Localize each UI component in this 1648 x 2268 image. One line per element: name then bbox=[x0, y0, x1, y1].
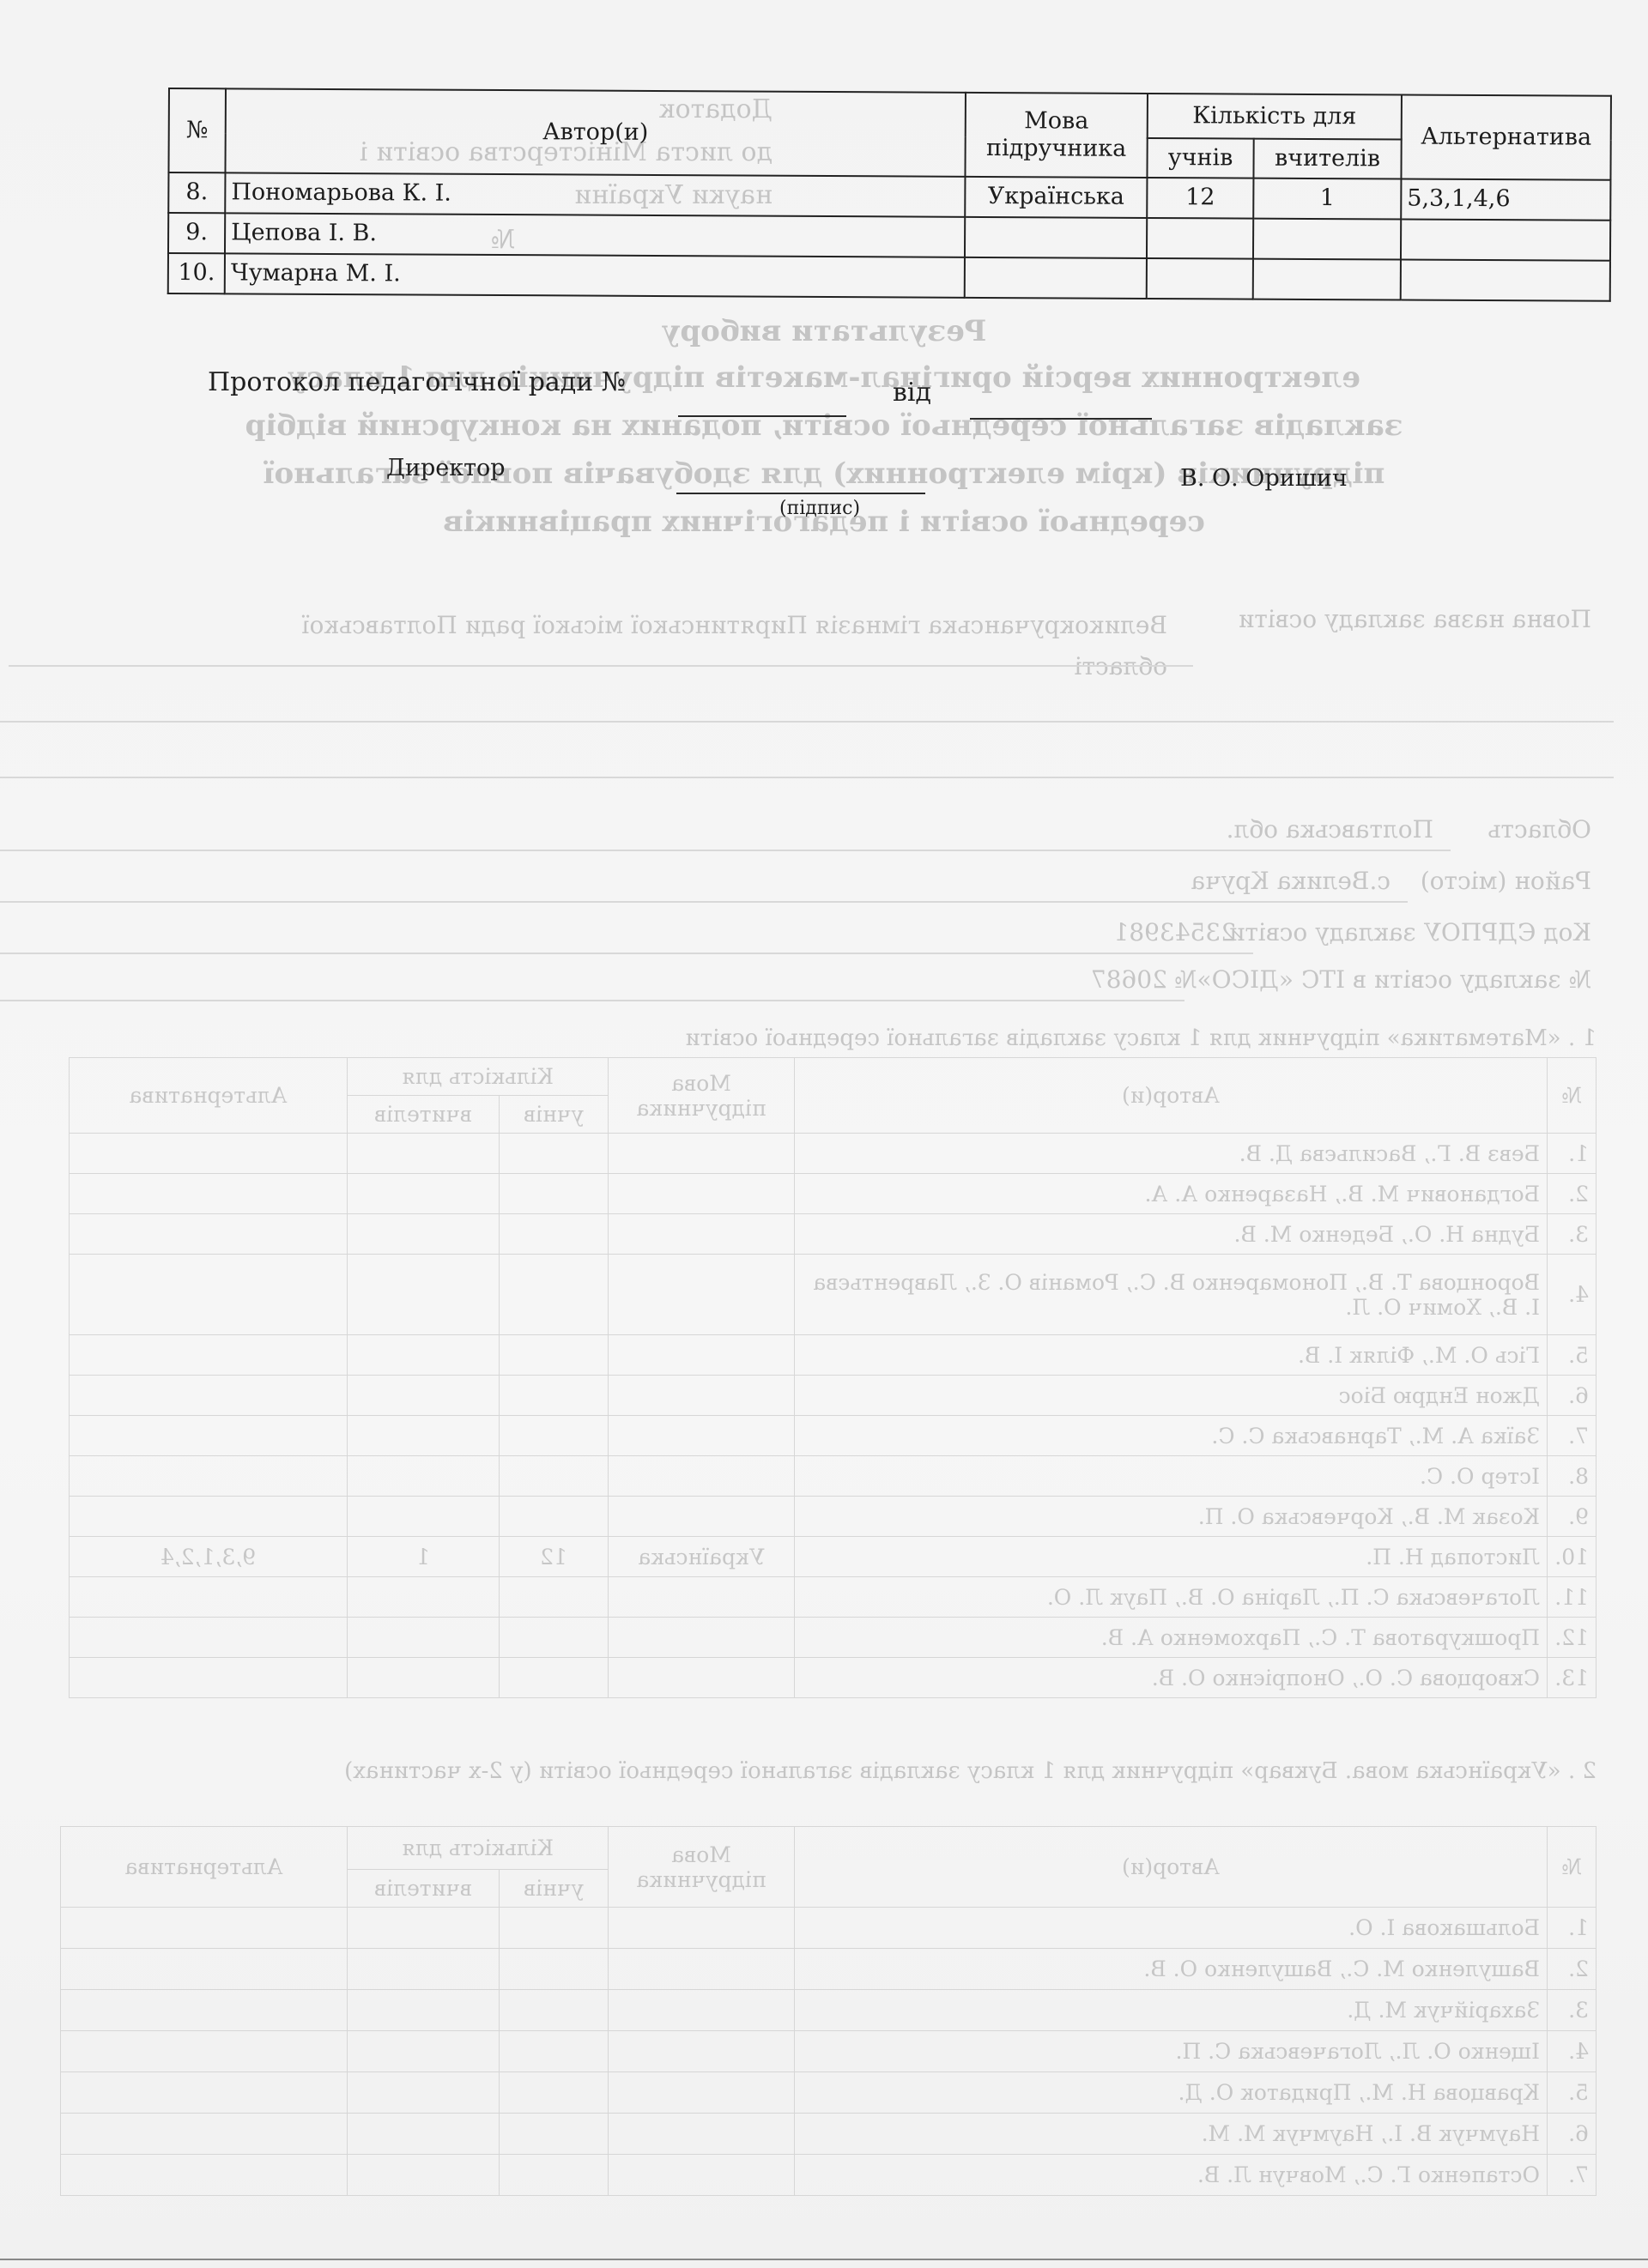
ghost-table-row: 12.Прошкуратова Т. С., Пархоменко А. В. bbox=[70, 1618, 1596, 1658]
ghost-cell-num: 6. bbox=[1548, 2114, 1596, 2155]
ghost-cell-num: 7. bbox=[1548, 2155, 1596, 2196]
ghost-cell-pupils bbox=[500, 1376, 609, 1416]
ghost-cell-pupils bbox=[500, 1214, 609, 1255]
ghost-title: Результати вибору bbox=[34, 314, 1614, 348]
ghost-table-row: 3.Захарійчук М. Д. bbox=[61, 1990, 1596, 2031]
ghost-cell-teachers bbox=[348, 1456, 500, 1497]
ghost-cell-num: 6. bbox=[1548, 1376, 1596, 1416]
ghost-cell-alternative bbox=[70, 1335, 348, 1376]
ghost-cell-alternative bbox=[70, 1376, 348, 1416]
ghost-cell-teachers bbox=[348, 1376, 500, 1416]
ghost-cell-author: Остапенко Г. С., Мовчун Л. В. bbox=[795, 2155, 1548, 2196]
ghost-cell-alternative bbox=[70, 1134, 348, 1174]
ghost-cell-alternative bbox=[61, 1990, 348, 2031]
ghost-cell-alternative bbox=[61, 1949, 348, 1990]
header-num: № bbox=[168, 88, 226, 172]
ghost-field-5-label: № закладу освіти в ІТС «ДІСО»№ bbox=[1174, 965, 1591, 994]
ghost-cell-alternative bbox=[61, 2072, 348, 2114]
ghost-table-row: 5.Кравцова Н. М., Придаток О. Д. bbox=[61, 2072, 1596, 2114]
director-label: Директор bbox=[386, 455, 506, 481]
row-teachers bbox=[1253, 219, 1401, 260]
ghost-field-4-label: Код ЄДРПОУ закладу освіти bbox=[1229, 918, 1591, 947]
ghost-cell-language bbox=[609, 1214, 795, 1255]
ghost-cell-language bbox=[609, 1456, 795, 1497]
ghost-cell-author: Істер О. С. bbox=[795, 1456, 1548, 1497]
ghost-cell-language bbox=[609, 2114, 795, 2155]
ghost-cell-language bbox=[609, 1497, 795, 1537]
ghost-cell-language bbox=[609, 2155, 795, 2196]
page-bottom-edge bbox=[0, 2259, 1648, 2260]
row-author: Пономарьова К. І. bbox=[225, 172, 965, 217]
ghost-cell-alternative bbox=[70, 1255, 348, 1335]
ghost-cell-language bbox=[609, 1949, 795, 1990]
ghost-cell-language: Українська bbox=[609, 1537, 795, 1577]
ghost-cell-author: Вашуленко М. С., Вашуленко О. В. bbox=[795, 1949, 1548, 1990]
ghost-cell-teachers: 1 bbox=[348, 1537, 500, 1577]
ghost-table-row: 7.Остапенко Г. С., Мовчун Л. В. bbox=[61, 2155, 1596, 2196]
ghost-cell-teachers bbox=[348, 2031, 500, 2072]
ghost-table-row: 11.Логачевська С. П., Ларіна О. В., Паук… bbox=[70, 1577, 1596, 1618]
ghost-cell-num: 3. bbox=[1548, 1990, 1596, 2031]
ghost-field-1-value: Великокручанська гімназія Пирятинської м… bbox=[275, 605, 1167, 687]
ghost-cell-num: 8. bbox=[1548, 1456, 1596, 1497]
ghost-cell-teachers bbox=[348, 1658, 500, 1698]
ghost-cell-teachers bbox=[348, 1908, 500, 1949]
ghost-cell-language bbox=[609, 1908, 795, 1949]
ghost-cell-pupils bbox=[500, 1174, 609, 1214]
ghost-cell-teachers bbox=[348, 1335, 500, 1376]
ghost-subtitle-3: підручників (крім електронних) для здобу… bbox=[34, 457, 1614, 491]
ghost-field-3-label: Район (місто) bbox=[1421, 867, 1591, 895]
document-page: Додаток до листа Міністерства освіти і н… bbox=[0, 0, 1648, 2268]
ghost-cell-alternative bbox=[61, 2031, 348, 2072]
ghost-table-row: 4.Воронцова Т. В., Пономаренко В. С., Ро… bbox=[70, 1255, 1596, 1335]
ghost-cell-author: Скворцова С. О., Онопрієнко О. В. bbox=[795, 1658, 1548, 1698]
row-author: Цепова І. В. bbox=[225, 213, 965, 257]
ghost-cell-author: Бевз В. Г., Васильєва Д. В. bbox=[795, 1134, 1548, 1174]
ghost-cell-teachers bbox=[348, 1949, 500, 1990]
ghost-cell-author: Джон Ендрю Біос bbox=[795, 1376, 1548, 1416]
header-teachers: вчителів bbox=[1253, 139, 1401, 179]
ghost-table-row: 6.Джон Ендрю Біос bbox=[70, 1376, 1596, 1416]
bleed-through-layer: Додаток до листа Міністерства освіти і н… bbox=[0, 0, 1648, 2268]
ghost-cell-teachers bbox=[348, 1255, 500, 1335]
ghost-cell-pupils bbox=[500, 1416, 609, 1456]
ghost-cell-teachers bbox=[348, 1577, 500, 1618]
protocol-label: Протокол педагогічної ради № bbox=[208, 367, 626, 397]
row-teachers: 1 bbox=[1253, 178, 1401, 220]
header-pupils: учнів bbox=[1147, 138, 1253, 178]
row-num: 10. bbox=[168, 253, 225, 293]
ghost-subtitle-2: закладів загальної середньої освіти, под… bbox=[34, 408, 1614, 443]
table-row: 10. Чумарна М. І. bbox=[168, 253, 1610, 301]
ghost-cell-language bbox=[609, 1376, 795, 1416]
ghost-cell-alternative bbox=[70, 1618, 348, 1658]
ghost-cell-num: 4. bbox=[1548, 1255, 1596, 1335]
ghost-cell-num: 5. bbox=[1548, 2072, 1596, 2114]
ghost-cell-alternative bbox=[61, 2155, 348, 2196]
ghost-cell-pupils bbox=[500, 1456, 609, 1497]
ghost-cell-alternative bbox=[61, 1908, 348, 1949]
ghost-cell-pupils bbox=[500, 1618, 609, 1658]
ghost-cell-pupils bbox=[500, 1949, 609, 1990]
ghost-table-row: 6.Наумчук В. І., Наумчук М. М. bbox=[61, 2114, 1596, 2155]
row-num: 9. bbox=[168, 213, 225, 253]
ghost-cell-teachers bbox=[348, 1618, 500, 1658]
ghost-section2-title: 2 . «Українська мова. Буквар» підручник … bbox=[51, 1751, 1596, 1792]
ghost-cell-pupils bbox=[500, 1658, 609, 1698]
ghost-cell-author: Заїка А. М., Тарнавська С. С. bbox=[795, 1416, 1548, 1456]
ghost-cell-num: 7. bbox=[1548, 1416, 1596, 1456]
ghost-cell-teachers bbox=[348, 1416, 500, 1456]
ghost-cell-language bbox=[609, 1335, 795, 1376]
ghost-cell-pupils bbox=[500, 2114, 609, 2155]
row-pupils bbox=[1147, 258, 1253, 299]
director-name: В. О. Оришич bbox=[1180, 465, 1348, 492]
ghost-cell-language bbox=[609, 1174, 795, 1214]
ghost-cell-author: Іщенко О. Л., Логачевська С. П. bbox=[795, 2031, 1548, 2072]
protocol-number-line bbox=[678, 415, 846, 417]
ghost-field-3-value: с.Велика Круча bbox=[1191, 867, 1390, 895]
ghost-cell-author: Воронцова Т. В., Пономаренко В. С., Рома… bbox=[795, 1255, 1548, 1335]
ghost-cell-alternative bbox=[70, 1577, 348, 1618]
ghost-cell-num: 3. bbox=[1548, 1214, 1596, 1255]
ghost-table-section2: № Автор(и) Мова підручника Кількість для… bbox=[60, 1826, 1596, 2196]
ghost-cell-author: Листопад Н. П. bbox=[795, 1537, 1548, 1577]
ghost-cell-language bbox=[609, 1618, 795, 1658]
ghost-cell-pupils bbox=[500, 2072, 609, 2114]
ghost-cell-author: Наумчук В. І., Наумчук М. М. bbox=[795, 2114, 1548, 2155]
protocol-from-label: від bbox=[893, 378, 931, 408]
ghost-cell-author: Захарійчук М. Д. bbox=[795, 1990, 1548, 2031]
ghost-cell-teachers bbox=[348, 1497, 500, 1537]
ghost-cell-alternative bbox=[70, 1214, 348, 1255]
header-quantity-group: Кількість для bbox=[1148, 94, 1402, 140]
ghost-cell-pupils bbox=[500, 1908, 609, 1949]
ghost-cell-pupils bbox=[500, 1497, 609, 1537]
ghost-table-row: 7.Заїка А. М., Тарнавська С. С. bbox=[70, 1416, 1596, 1456]
ghost-cell-num: 11. bbox=[1548, 1577, 1596, 1618]
row-language bbox=[965, 217, 1147, 258]
ghost-section1-title: 1 . «Математика» підручник для 1 класу з… bbox=[685, 1025, 1596, 1051]
ghost-cell-pupils bbox=[500, 2155, 609, 2196]
ghost-table-row: 2.Вашуленко М. С., Вашуленко О. В. bbox=[61, 1949, 1596, 1990]
ghost-cell-language bbox=[609, 1990, 795, 2031]
ghost-cell-teachers bbox=[348, 1990, 500, 2031]
ghost-cell-alternative bbox=[70, 1456, 348, 1497]
ghost-table-row: 9.Козак М. В., Корчевська О. П. bbox=[70, 1497, 1596, 1537]
row-teachers bbox=[1253, 259, 1401, 300]
ghost-cell-pupils bbox=[500, 1335, 609, 1376]
ghost-cell-alternative bbox=[61, 2114, 348, 2155]
ghost-cell-teachers bbox=[348, 1174, 500, 1214]
ghost-cell-alternative bbox=[70, 1416, 348, 1456]
ghost-cell-author: Логачевська С. П., Ларіна О. В., Паук Л.… bbox=[795, 1577, 1548, 1618]
row-num: 8. bbox=[168, 172, 225, 213]
ghost-field-2-label: Область bbox=[1487, 815, 1591, 844]
ghost-cell-author: Богданович М. В., Назаренко А. А. bbox=[795, 1174, 1548, 1214]
ghost-cell-author: Будна Н. О., Беденко М. В. bbox=[795, 1214, 1548, 1255]
ghost-cell-num: 5. bbox=[1548, 1335, 1596, 1376]
textbook-choice-table: № Автор(и) Мова підручника Кількість для… bbox=[167, 88, 1612, 302]
ghost-cell-language bbox=[609, 1255, 795, 1335]
ghost-cell-author: Большакова І. О. bbox=[795, 1908, 1548, 1949]
ghost-cell-num: 2. bbox=[1548, 1174, 1596, 1214]
ghost-cell-language bbox=[609, 2031, 795, 2072]
row-pupils bbox=[1147, 218, 1253, 259]
ghost-cell-teachers bbox=[348, 2114, 500, 2155]
ghost-cell-num: 13. bbox=[1548, 1658, 1596, 1698]
row-alternative bbox=[1401, 220, 1610, 261]
ghost-cell-alternative bbox=[70, 1658, 348, 1698]
ghost-cell-alternative bbox=[70, 1497, 348, 1537]
ghost-field-1-label: Повна назва закладу освіти bbox=[1239, 605, 1591, 633]
ghost-cell-language bbox=[609, 1577, 795, 1618]
ghost-field-2-value: Полтавська обл. bbox=[1227, 815, 1433, 844]
ghost-cell-teachers bbox=[348, 1214, 500, 1255]
ghost-cell-language bbox=[609, 1134, 795, 1174]
ghost-table-row: 1.Бевз В. Г., Васильєва Д. В. bbox=[70, 1134, 1596, 1174]
ghost-cell-num: 2. bbox=[1548, 1949, 1596, 1990]
ghost-cell-teachers bbox=[348, 2155, 500, 2196]
ghost-cell-num: 10. bbox=[1548, 1537, 1596, 1577]
ghost-table-section1: № Автор(и) Мова підручника Кількість для… bbox=[69, 1057, 1596, 1698]
ghost-table-row: 10.Листопад Н. П.Українська1219,3,1,2,4 bbox=[70, 1537, 1596, 1577]
ghost-cell-pupils: 12 bbox=[500, 1537, 609, 1577]
ghost-cell-pupils bbox=[500, 1255, 609, 1335]
row-pupils: 12 bbox=[1147, 178, 1253, 219]
ghost-table-row: 1.Большакова І. О. bbox=[61, 1908, 1596, 1949]
ghost-cell-teachers bbox=[348, 1134, 500, 1174]
ghost-table-row: 8.Істер О. С. bbox=[70, 1456, 1596, 1497]
ghost-cell-teachers bbox=[348, 2072, 500, 2114]
ghost-cell-author: Козак М. В., Корчевська О. П. bbox=[795, 1497, 1548, 1537]
row-language bbox=[965, 257, 1147, 299]
signature-caption: (підпис) bbox=[779, 498, 860, 519]
ghost-cell-language bbox=[609, 2072, 795, 2114]
ghost-cell-language bbox=[609, 1658, 795, 1698]
row-author: Чумарна М. І. bbox=[225, 253, 965, 298]
ghost-table-row: 3.Будна Н. О., Беденко М. В. bbox=[70, 1214, 1596, 1255]
ghost-cell-pupils bbox=[500, 1577, 609, 1618]
ghost-cell-num: 1. bbox=[1548, 1908, 1596, 1949]
ghost-cell-num: 1. bbox=[1548, 1134, 1596, 1174]
ghost-field-4-value: 23543981 bbox=[1113, 918, 1236, 947]
signature-line bbox=[676, 493, 925, 494]
ghost-cell-alternative bbox=[70, 1174, 348, 1214]
row-language: Українська bbox=[965, 177, 1147, 218]
ghost-table-row: 5.Гісь О. М., Філяк І. В. bbox=[70, 1335, 1596, 1376]
header-alternative: Альтернатива bbox=[1401, 95, 1611, 180]
ghost-field-5-value: 20687 bbox=[1091, 965, 1167, 994]
ghost-table-row: 13.Скворцова С. О., Онопрієнко О. В. bbox=[70, 1658, 1596, 1698]
row-alternative bbox=[1401, 260, 1610, 301]
ghost-cell-pupils bbox=[500, 1990, 609, 2031]
ghost-cell-language bbox=[609, 1416, 795, 1456]
ghost-cell-num: 4. bbox=[1548, 2031, 1596, 2072]
row-alternative: 5,3,1,4,6 bbox=[1401, 179, 1610, 221]
ghost-cell-author: Кравцова Н. М., Придаток О. Д. bbox=[795, 2072, 1548, 2114]
ghost-cell-author: Гісь О. М., Філяк І. В. bbox=[795, 1335, 1548, 1376]
ghost-table-row: 4.Іщенко О. Л., Логачевська С. П. bbox=[61, 2031, 1596, 2072]
ghost-cell-pupils bbox=[500, 1134, 609, 1174]
header-author: Автор(и) bbox=[225, 88, 966, 177]
ghost-cell-pupils bbox=[500, 2031, 609, 2072]
ghost-cell-num: 9. bbox=[1548, 1497, 1596, 1537]
ghost-cell-author: Прошкуратова Т. С., Пархоменко А. В. bbox=[795, 1618, 1548, 1658]
ghost-table-row: 2.Богданович М. В., Назаренко А. А. bbox=[70, 1174, 1596, 1214]
protocol-date-line bbox=[970, 418, 1152, 420]
header-language: Мова підручника bbox=[965, 93, 1148, 178]
ghost-cell-num: 12. bbox=[1548, 1618, 1596, 1658]
ghost-cell-alternative: 9,3,1,2,4 bbox=[70, 1537, 348, 1577]
